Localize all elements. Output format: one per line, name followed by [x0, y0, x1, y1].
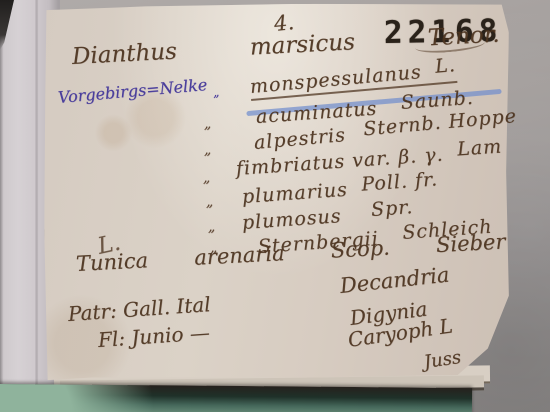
herbarium-label-photo: 4. 22168 Dianthus marsicus Tenor. Vorgeb…: [0, 0, 550, 412]
green-paper-edge: [0, 384, 472, 412]
author-abbreviation: Tenor.: [427, 22, 500, 52]
ditto-mark: „: [204, 142, 211, 158]
synonym-genus: Tunica: [75, 248, 148, 276]
species-author: Spr.: [370, 196, 414, 221]
ditto-mark: „: [204, 116, 211, 132]
synonym-author: Scop.: [330, 236, 390, 263]
synonym-species: arenaria: [194, 241, 285, 270]
species-author: L.: [434, 54, 457, 78]
species-epithet: marsicus: [249, 29, 355, 60]
species-author: Poll. fr.: [361, 168, 439, 195]
ditto-mark: „: [208, 219, 215, 235]
ditto-mark: „: [203, 170, 210, 186]
genus-name: Dianthus: [71, 39, 177, 70]
ditto-mark: „: [206, 194, 213, 210]
species-author: Lam: [456, 135, 502, 160]
ditto-mark: „: [212, 85, 219, 99]
collector-name: Sieber: [435, 230, 506, 258]
